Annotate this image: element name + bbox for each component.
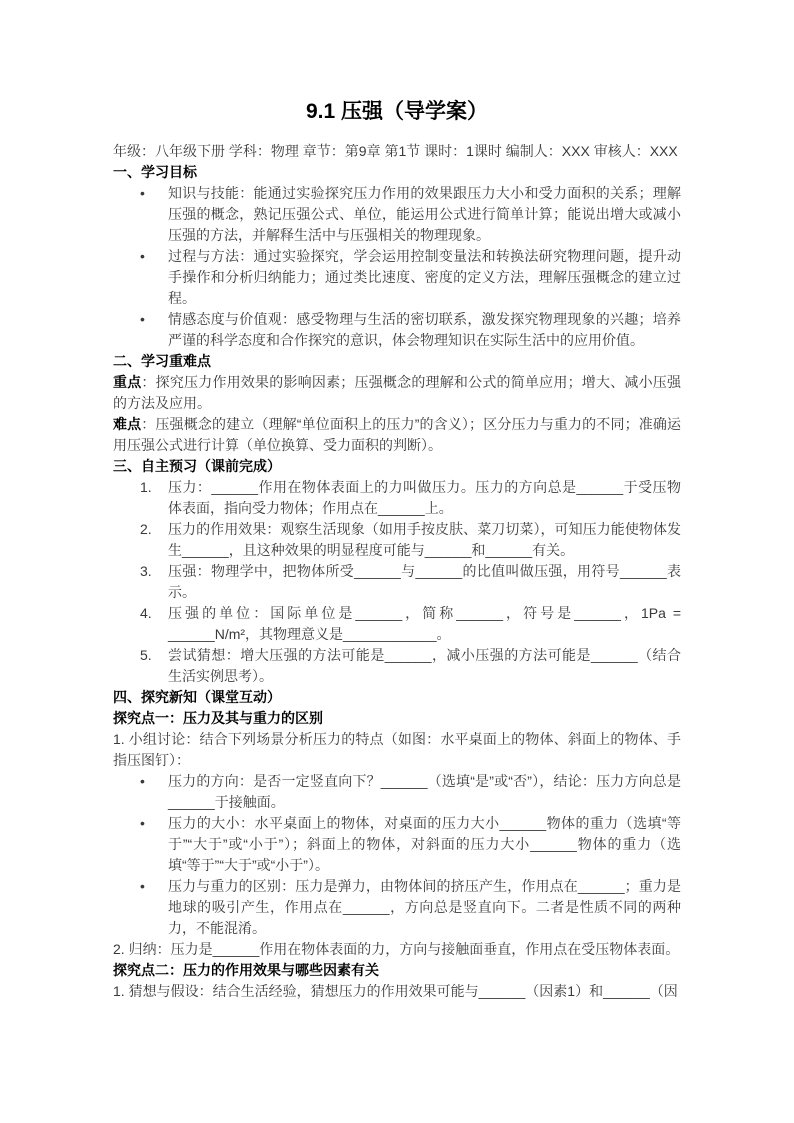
point1-bullet-magnitude: 压力的大小：水平桌面上的物体，对桌面的压力大小______物体的重力（选填“等于… (168, 813, 681, 876)
preview-item-effect: 压力的作用效果：观察生活现象（如用手按皮肤、菜刀切菜），可知压力能使物体发生__… (168, 519, 681, 561)
preview-item-unit: 压强的单位：国际单位是______，简称______，符号是______，1Pa… (168, 603, 681, 645)
section-heading-preview: 三、自主预习（课前完成） (113, 456, 681, 477)
point1-bullet-difference: 压力与重力的区别：压力是弹力，由物体间的挤压产生，作用点在______；重力是地… (168, 876, 681, 939)
preview-item-pressure-force: 压力：______作用在物体表面上的力叫做压力。压力的方向总是______于受压… (168, 477, 681, 519)
goals-bullet-process: 过程与方法：通过实验探究，学会运用控制变量法和转换法研究物理问题，提升动手操作和… (168, 246, 681, 309)
explore-point2-heading: 探究点二：压力的作用效果与哪些因素有关 (113, 960, 681, 981)
difficulty-label: 难点 (113, 416, 141, 432)
key-points-difficulty: 难点：压强概念的建立（理解“单位面积上的压力”的含义）；区分压力与重力的不同；准… (113, 414, 681, 456)
section-heading-explore: 四、探究新知（课堂互动） (113, 687, 681, 708)
section-heading-goals: 一、学习目标 (113, 162, 681, 183)
explore-point1-list: 压力的方向：是否一定竖直向下？______（选填“是”或“否”），结论：压力方向… (113, 771, 681, 939)
document-title: 9.1 压强（导学案） (113, 97, 681, 127)
preview-item-pressure-definition: 压强：物理学中，把物体所受______与______的比值叫做压强，用符号___… (168, 561, 681, 603)
difficulty-text: ：压强概念的建立（理解“单位面积上的压力”的含义）；区分压力与重力的不同；准确运… (113, 416, 681, 453)
goals-bullet-knowledge: 知识与技能：能通过实验探究压力作用的效果跟压力大小和受力面积的关系；理解压强的概… (168, 183, 681, 246)
explore-point2-intro: 1. 猜想与假设：结合生活经验，猜想压力的作用效果可能与______（因素1）和… (113, 981, 681, 1002)
document-page: 9.1 压强（导学案） 年级：八年级下册 学科：物理 章节：第9章 第1节 课时… (0, 0, 794, 1123)
explore-point1-heading: 探究点一：压力及其与重力的区别 (113, 708, 681, 729)
document-meta: 年级：八年级下册 学科：物理 章节：第9章 第1节 课时：1课时 编制人：XXX… (113, 141, 681, 162)
key-points-focus: 重点：探究压力作用效果的影响因素；压强概念的理解和公式的简单应用；增大、减小压强… (113, 372, 681, 414)
goals-list: 知识与技能：能通过实验探究压力作用的效果跟压力大小和受力面积的关系；理解压强的概… (113, 183, 681, 351)
explore-point1-intro: 1. 小组讨论：结合下列场景分析压力的特点（如图：水平桌面上的物体、斜面上的物体… (113, 729, 681, 771)
focus-text: ：探究压力作用效果的影响因素；压强概念的理解和公式的简单应用；增大、减小压强的方… (113, 374, 681, 411)
preview-list: 压力：______作用在物体表面上的力叫做压力。压力的方向总是______于受压… (113, 477, 681, 687)
point1-bullet-direction: 压力的方向：是否一定竖直向下？______（选填“是”或“否”），结论：压力方向… (168, 771, 681, 813)
section-heading-key-points: 二、学习重难点 (113, 351, 681, 372)
explore-point1-summary: 2. 归纳：压力是______作用在物体表面的力，方向与接触面垂直，作用点在受压… (113, 939, 681, 960)
goals-bullet-attitude: 情感态度与价值观：感受物理与生活的密切联系，激发探究物理现象的兴趣；培养严谨的科… (168, 309, 681, 351)
focus-label: 重点 (113, 374, 141, 390)
preview-item-guess: 尝试猜想：增大压强的方法可能是______，减小压强的方法可能是______（结… (168, 645, 681, 687)
